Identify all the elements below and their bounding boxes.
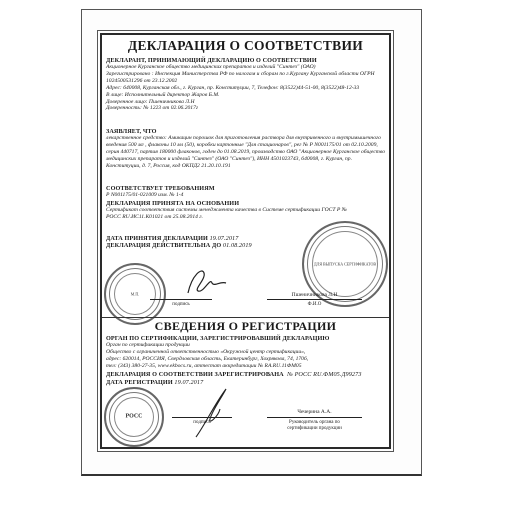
acceptance-date-label: ДАТА ПРИНЯТИЯ ДЕКЛАРАЦИИ — [106, 235, 208, 242]
signatory-name-1: Пшеничникова Л.Н — [267, 292, 362, 298]
declarant-heading: ДЕКЛАРАНТ, ПРИНИМАЮЩИЙ ДЕКЛАРАЦИЮ О СООТ… — [106, 57, 385, 64]
registration-date-row: ДАТА РЕГИСТРАЦИИ 19.07.2017 — [106, 379, 385, 386]
declarant-line: Адрес: 640008, Курганская обл., г. Курга… — [106, 85, 385, 92]
registration-line: адрес: 620014, РОССИЯ, Свердловская обла… — [106, 356, 385, 363]
signature-caption-1: подпись — [150, 302, 212, 307]
name-line-1 — [267, 299, 362, 300]
declares-section: ЗАЯВЛЯЕТ, ЧТО лекарственное средство: Ам… — [106, 128, 385, 170]
registration-line: тел: (343) 380-27-35, www.ekbocs.ru, атт… — [106, 363, 385, 370]
declaration-frame: ДЕКЛАРАЦИЯ О СООТВЕТСТВИИ ДЕКЛАРАНТ, ПРИ… — [100, 33, 391, 449]
seal-text: М.П. — [131, 292, 139, 297]
declarant-section: ДЕКЛАРАНТ, ПРИНИМАЮЩИЙ ДЕКЛАРАЦИЮ О СООТ… — [106, 57, 385, 112]
signature-line-2 — [172, 417, 232, 418]
certification-body-seal: РОСС — [104, 387, 164, 447]
registered-label: ДЕКЛАРАЦИЯ О СООТВЕТСТВИИ ЗАРЕГИСТРИРОВА… — [106, 371, 284, 378]
declarant-line: Акционерное Курганское общество медицинс… — [106, 64, 385, 71]
declarant-line: Зарегистрировано : Инспекция Министерств… — [106, 71, 385, 85]
company-seal: М.П. — [104, 263, 166, 325]
declarant-line: Доверенное лицо: Пшеничникова Л.Н — [106, 99, 385, 106]
complies-text: Р N001175/01-021009 изм. № 1-4 — [106, 192, 385, 199]
name-line-2 — [267, 417, 362, 418]
registration-section: ОРГАН ПО СЕРТИФИКАЦИИ, ЗАРЕГИСТРИРОВАВШИ… — [106, 335, 385, 386]
valid-until-value: 01.08.2019 — [223, 242, 252, 249]
basis-text: Сертификат соответствия системы менеджме… — [106, 207, 356, 221]
basis-heading: ДЕКЛАРАЦИЯ ПРИНЯТА НА ОСНОВАНИИ — [106, 200, 385, 207]
seal-text: РОСС — [125, 415, 142, 420]
stamp-text: ДЛЯ ВЫПУСКА СЕРТИФИКАТОВ — [314, 262, 376, 267]
signatory-role-line-2: сертификации продукции — [267, 426, 362, 431]
document-title: ДЕКЛАРАЦИЯ О СООТВЕТСТВИИ — [106, 38, 385, 54]
registration-body-heading: ОРГАН ПО СЕРТИФИКАЦИИ, ЗАРЕГИСТРИРОВАВШИ… — [106, 335, 385, 342]
declares-text: лекарственное средство: Амикацин порошок… — [106, 135, 385, 170]
registered-row: ДЕКЛАРАЦИЯ О СООТВЕТСТВИИ ЗАРЕГИСТРИРОВА… — [106, 371, 385, 378]
signatory-name-2: Чечерина А.А. — [267, 409, 362, 415]
declares-heading: ЗАЯВЛЯЕТ, ЧТО — [106, 128, 385, 135]
acceptance-date-value: 19.07.2017 — [210, 235, 239, 242]
section-divider — [102, 317, 389, 318]
valid-until-label: ДЕКЛАРАЦИЯ ДЕЙСТВИТЕЛЬНА ДО — [106, 242, 221, 249]
signature-line-1 — [150, 299, 212, 300]
declarant-line: В лице: Исполнительный директор Жаров Б.… — [106, 92, 385, 99]
complies-section: СООТВЕТСТВУЕТ ТРЕБОВАНИЯМ Р N001175/01-0… — [106, 185, 385, 221]
signature-1-icon — [180, 265, 230, 300]
registration-line: Орган по сертификации продукции — [106, 342, 385, 349]
registration-line: Общество с ограниченной ответственностью… — [106, 349, 385, 356]
registered-number: № РОСС RU.ФМ05.Д99273 — [287, 371, 361, 378]
declarant-line: Доверенность: № 1223 от 02.06.2017г — [106, 105, 385, 112]
registration-title: СВЕДЕНИЯ О РЕГИСТРАЦИИ — [106, 319, 385, 334]
signature-2-icon — [192, 385, 232, 440]
complies-heading: СООТВЕТСТВУЕТ ТРЕБОВАНИЯМ — [106, 185, 385, 192]
registration-date-label: ДАТА РЕГИСТРАЦИИ — [106, 379, 173, 386]
name-caption-1: Ф.И.О — [267, 302, 362, 307]
signature-caption-2: подпись — [172, 420, 232, 425]
signatory-role-line-1: Руководитель органа по — [267, 420, 362, 425]
